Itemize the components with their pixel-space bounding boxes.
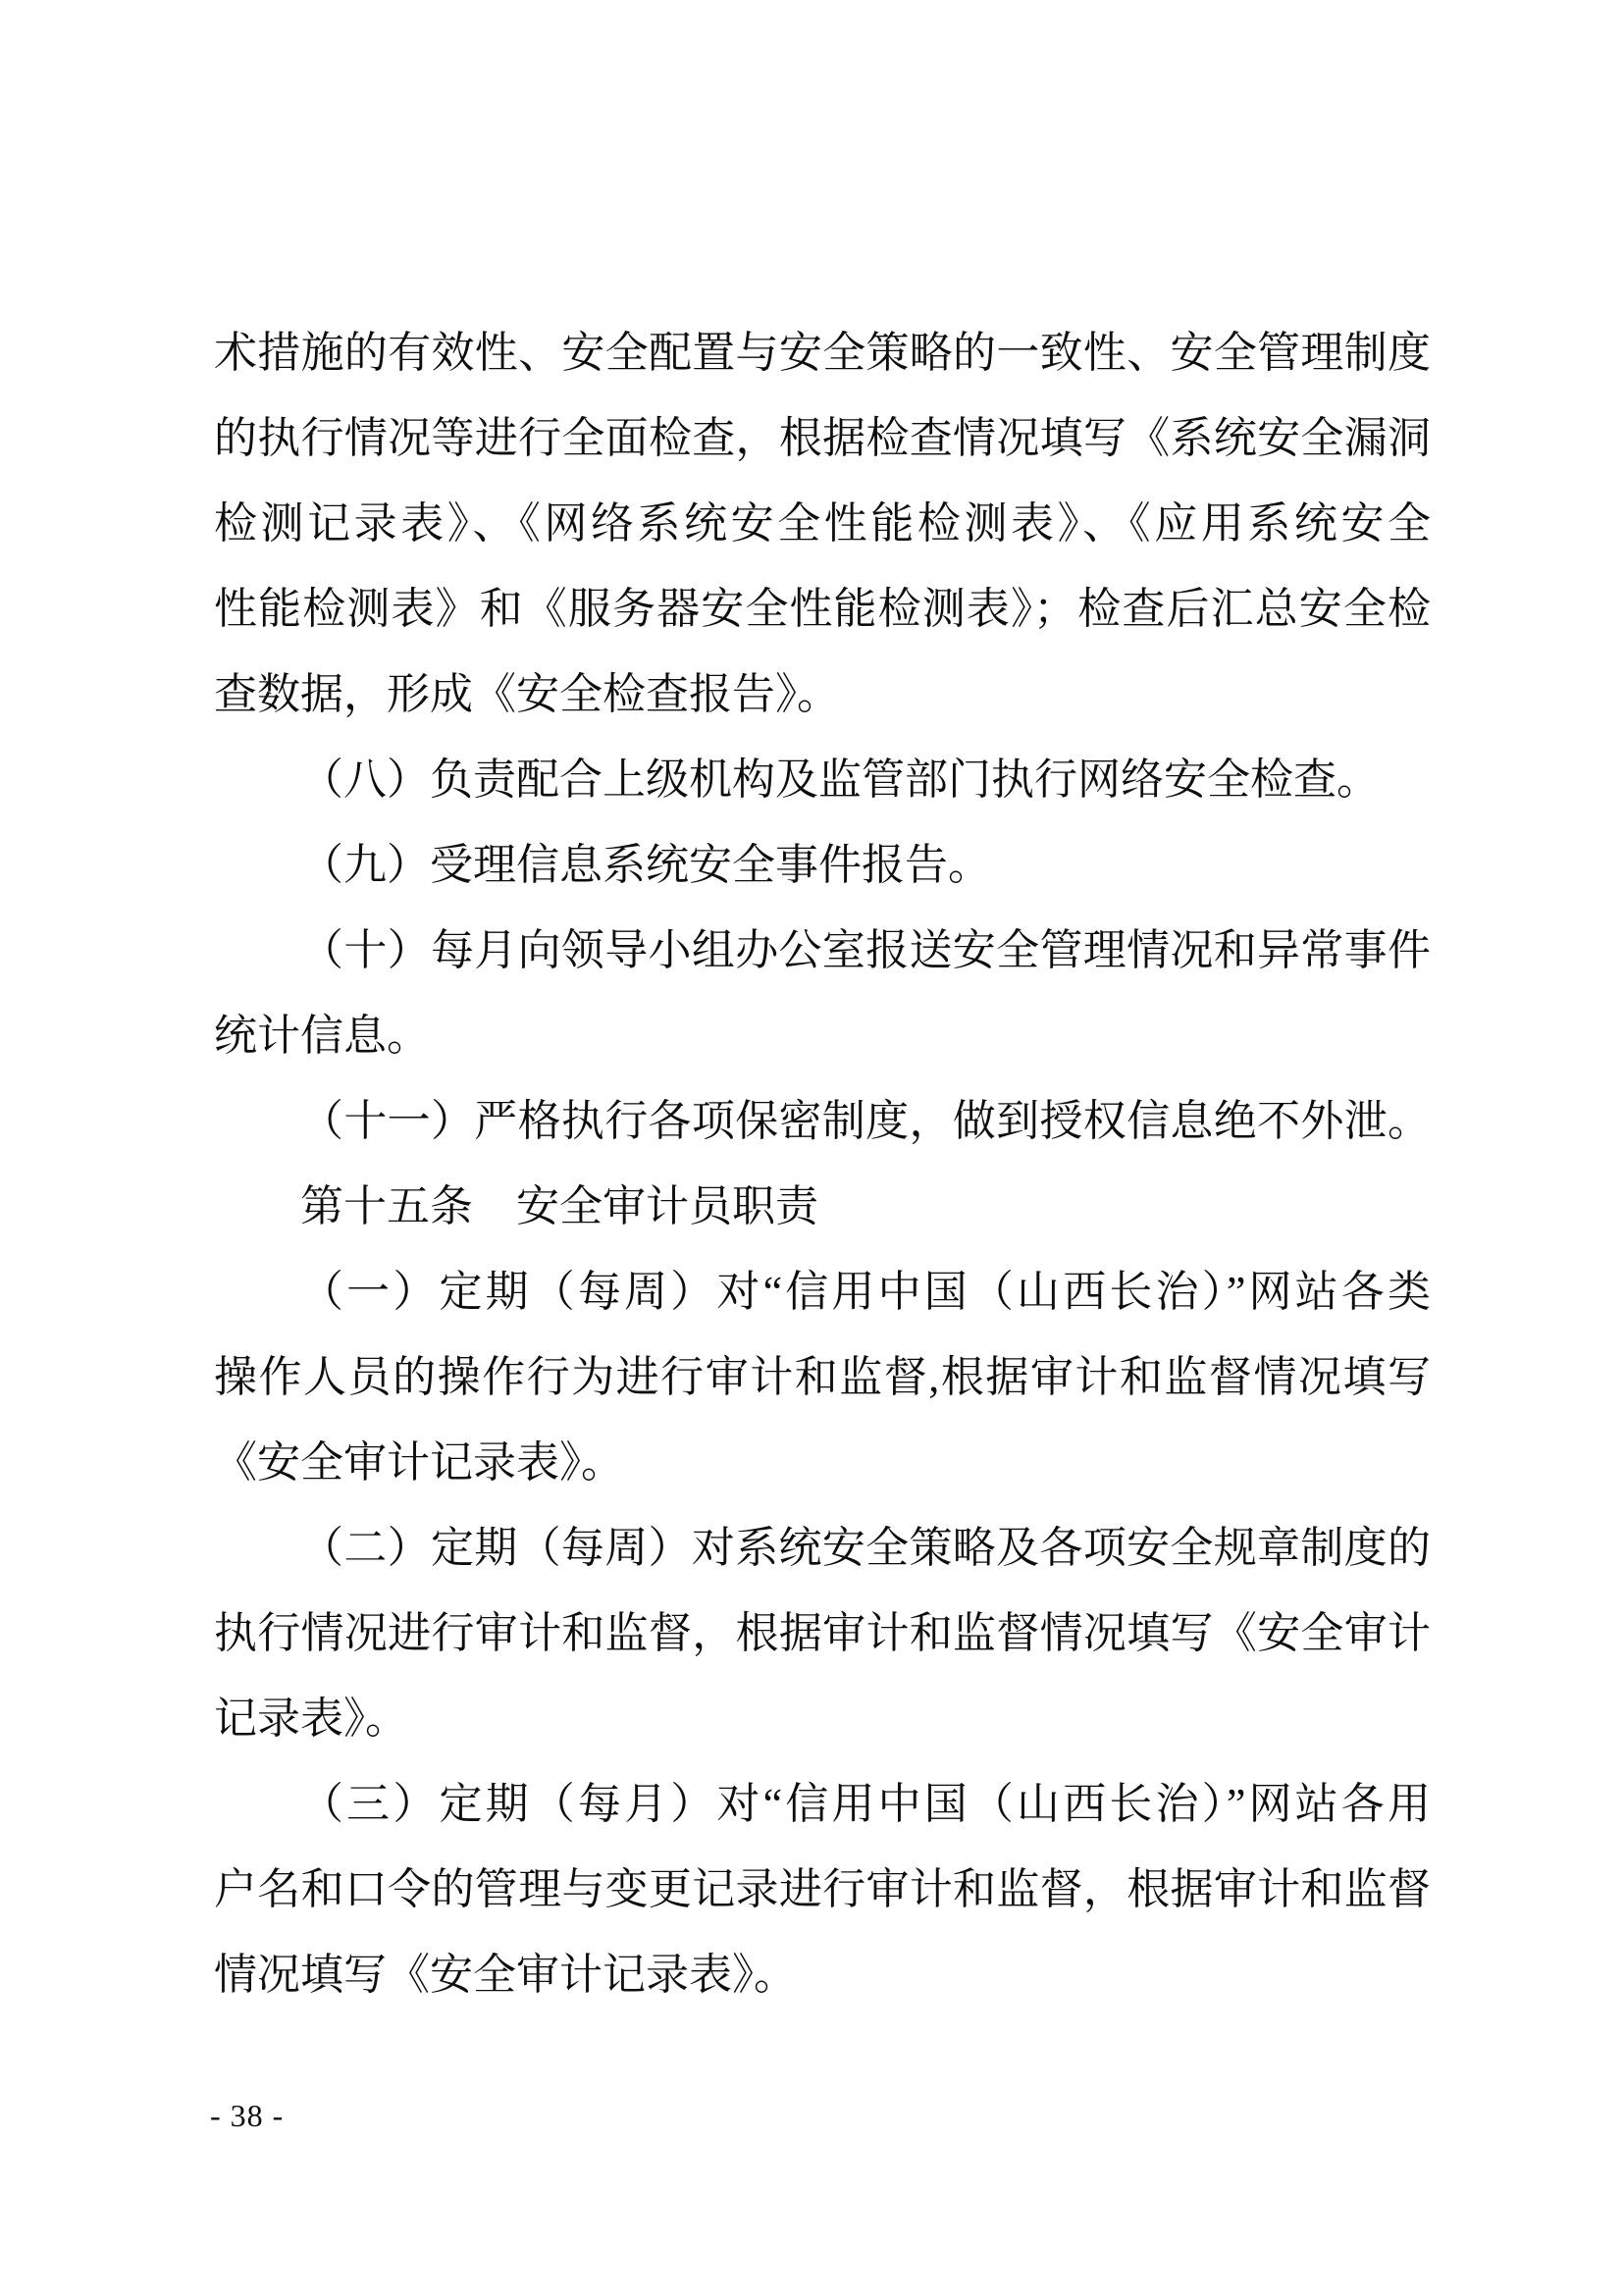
text-line: 统计信息。 xyxy=(214,993,1431,1078)
text-line: 的执行情况等进行全面检查，根据检查情况填写《系统安全漏洞 xyxy=(214,395,1431,481)
text-line: （九）受理信息系统安全事件报告。 xyxy=(214,822,1431,908)
text-line: 查数据，形成《安全检查报告》。 xyxy=(214,652,1431,737)
text-line: 检测记录表》、《网络系统安全性能检测表》、《应用系统安全 xyxy=(214,481,1431,566)
text-line: 操作人员的操作行为进行审计和监督,根据审计和监督情况填写 xyxy=(214,1334,1431,1420)
text-line: （二）定期（每周）对系统安全策略及各项安全规章制度的 xyxy=(214,1505,1431,1591)
text-line: 术措施的有效性、安全配置与安全策略的一致性、安全管理制度 xyxy=(214,310,1431,395)
text-line: 第十五条 安全审计员职责 xyxy=(214,1164,1431,1249)
text-line: 《安全审计记录表》。 xyxy=(214,1420,1431,1505)
text-line: 执行情况进行审计和监督，根据审计和监督情况填写《安全审计 xyxy=(214,1591,1431,1676)
text-line: （十一）严格执行各项保密制度，做到授权信息绝不外泄。 xyxy=(214,1078,1431,1164)
text-line: 情况填写《安全审计记录表》。 xyxy=(214,1932,1431,2017)
text-line: 记录表》。 xyxy=(214,1676,1431,1761)
page-number-label: - 38 - xyxy=(210,2096,284,2135)
text-line: （三）定期（每月）对“信用中国（山西长治）”网站各用 xyxy=(214,1761,1431,1847)
text-line: （十）每月向领导小组办公室报送安全管理情况和异常事件 xyxy=(214,908,1431,993)
text-line: （八）负责配合上级机构及监管部门执行网络安全检查。 xyxy=(214,737,1431,822)
document-body: 术措施的有效性、安全配置与安全策略的一致性、安全管理制度的执行情况等进行全面检查… xyxy=(214,310,1431,2017)
document-page: 术措施的有效性、安全配置与安全策略的一致性、安全管理制度的执行情况等进行全面检查… xyxy=(0,0,1624,2296)
text-line: （一）定期（每周）对“信用中国（山西长治）”网站各类 xyxy=(214,1249,1431,1334)
text-line: 户名和口令的管理与变更记录进行审计和监督，根据审计和监督 xyxy=(214,1847,1431,1932)
text-line: 性能检测表》和《服务器安全性能检测表》；检查后汇总安全检 xyxy=(214,566,1431,652)
